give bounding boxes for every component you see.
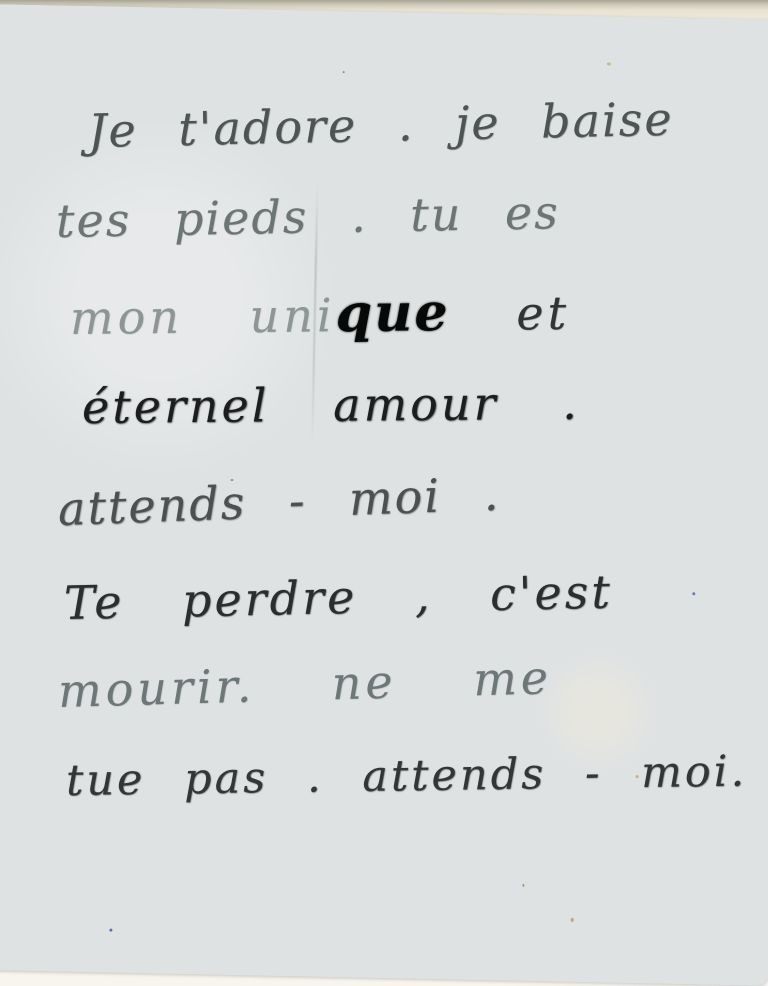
handwritten-line-4: éternel amour .: [82, 376, 580, 434]
line-3-light-ink: mon uni: [70, 288, 336, 345]
paper-speck: [522, 884, 524, 887]
handwritten-line-8: tue pas . attends - moi.: [66, 746, 748, 806]
paper-speck: [692, 592, 695, 595]
handwritten-line-3: mon unique et: [70, 281, 571, 347]
paper-speck: [343, 71, 345, 73]
line-3-heavy-ink-retrace: que: [335, 282, 450, 344]
paper-speck: [571, 918, 574, 922]
line-3-dark-ink: et: [449, 286, 570, 341]
handwritten-line-6: Te perdre , c'est: [63, 565, 613, 630]
handwritten-line-2: tes pieds . tu es: [56, 185, 561, 248]
paper-speck: [109, 929, 112, 932]
paper-speck: [607, 62, 611, 65]
photo-backdrop: Je t'adore . je baise tes pieds . tu es …: [0, 0, 768, 986]
